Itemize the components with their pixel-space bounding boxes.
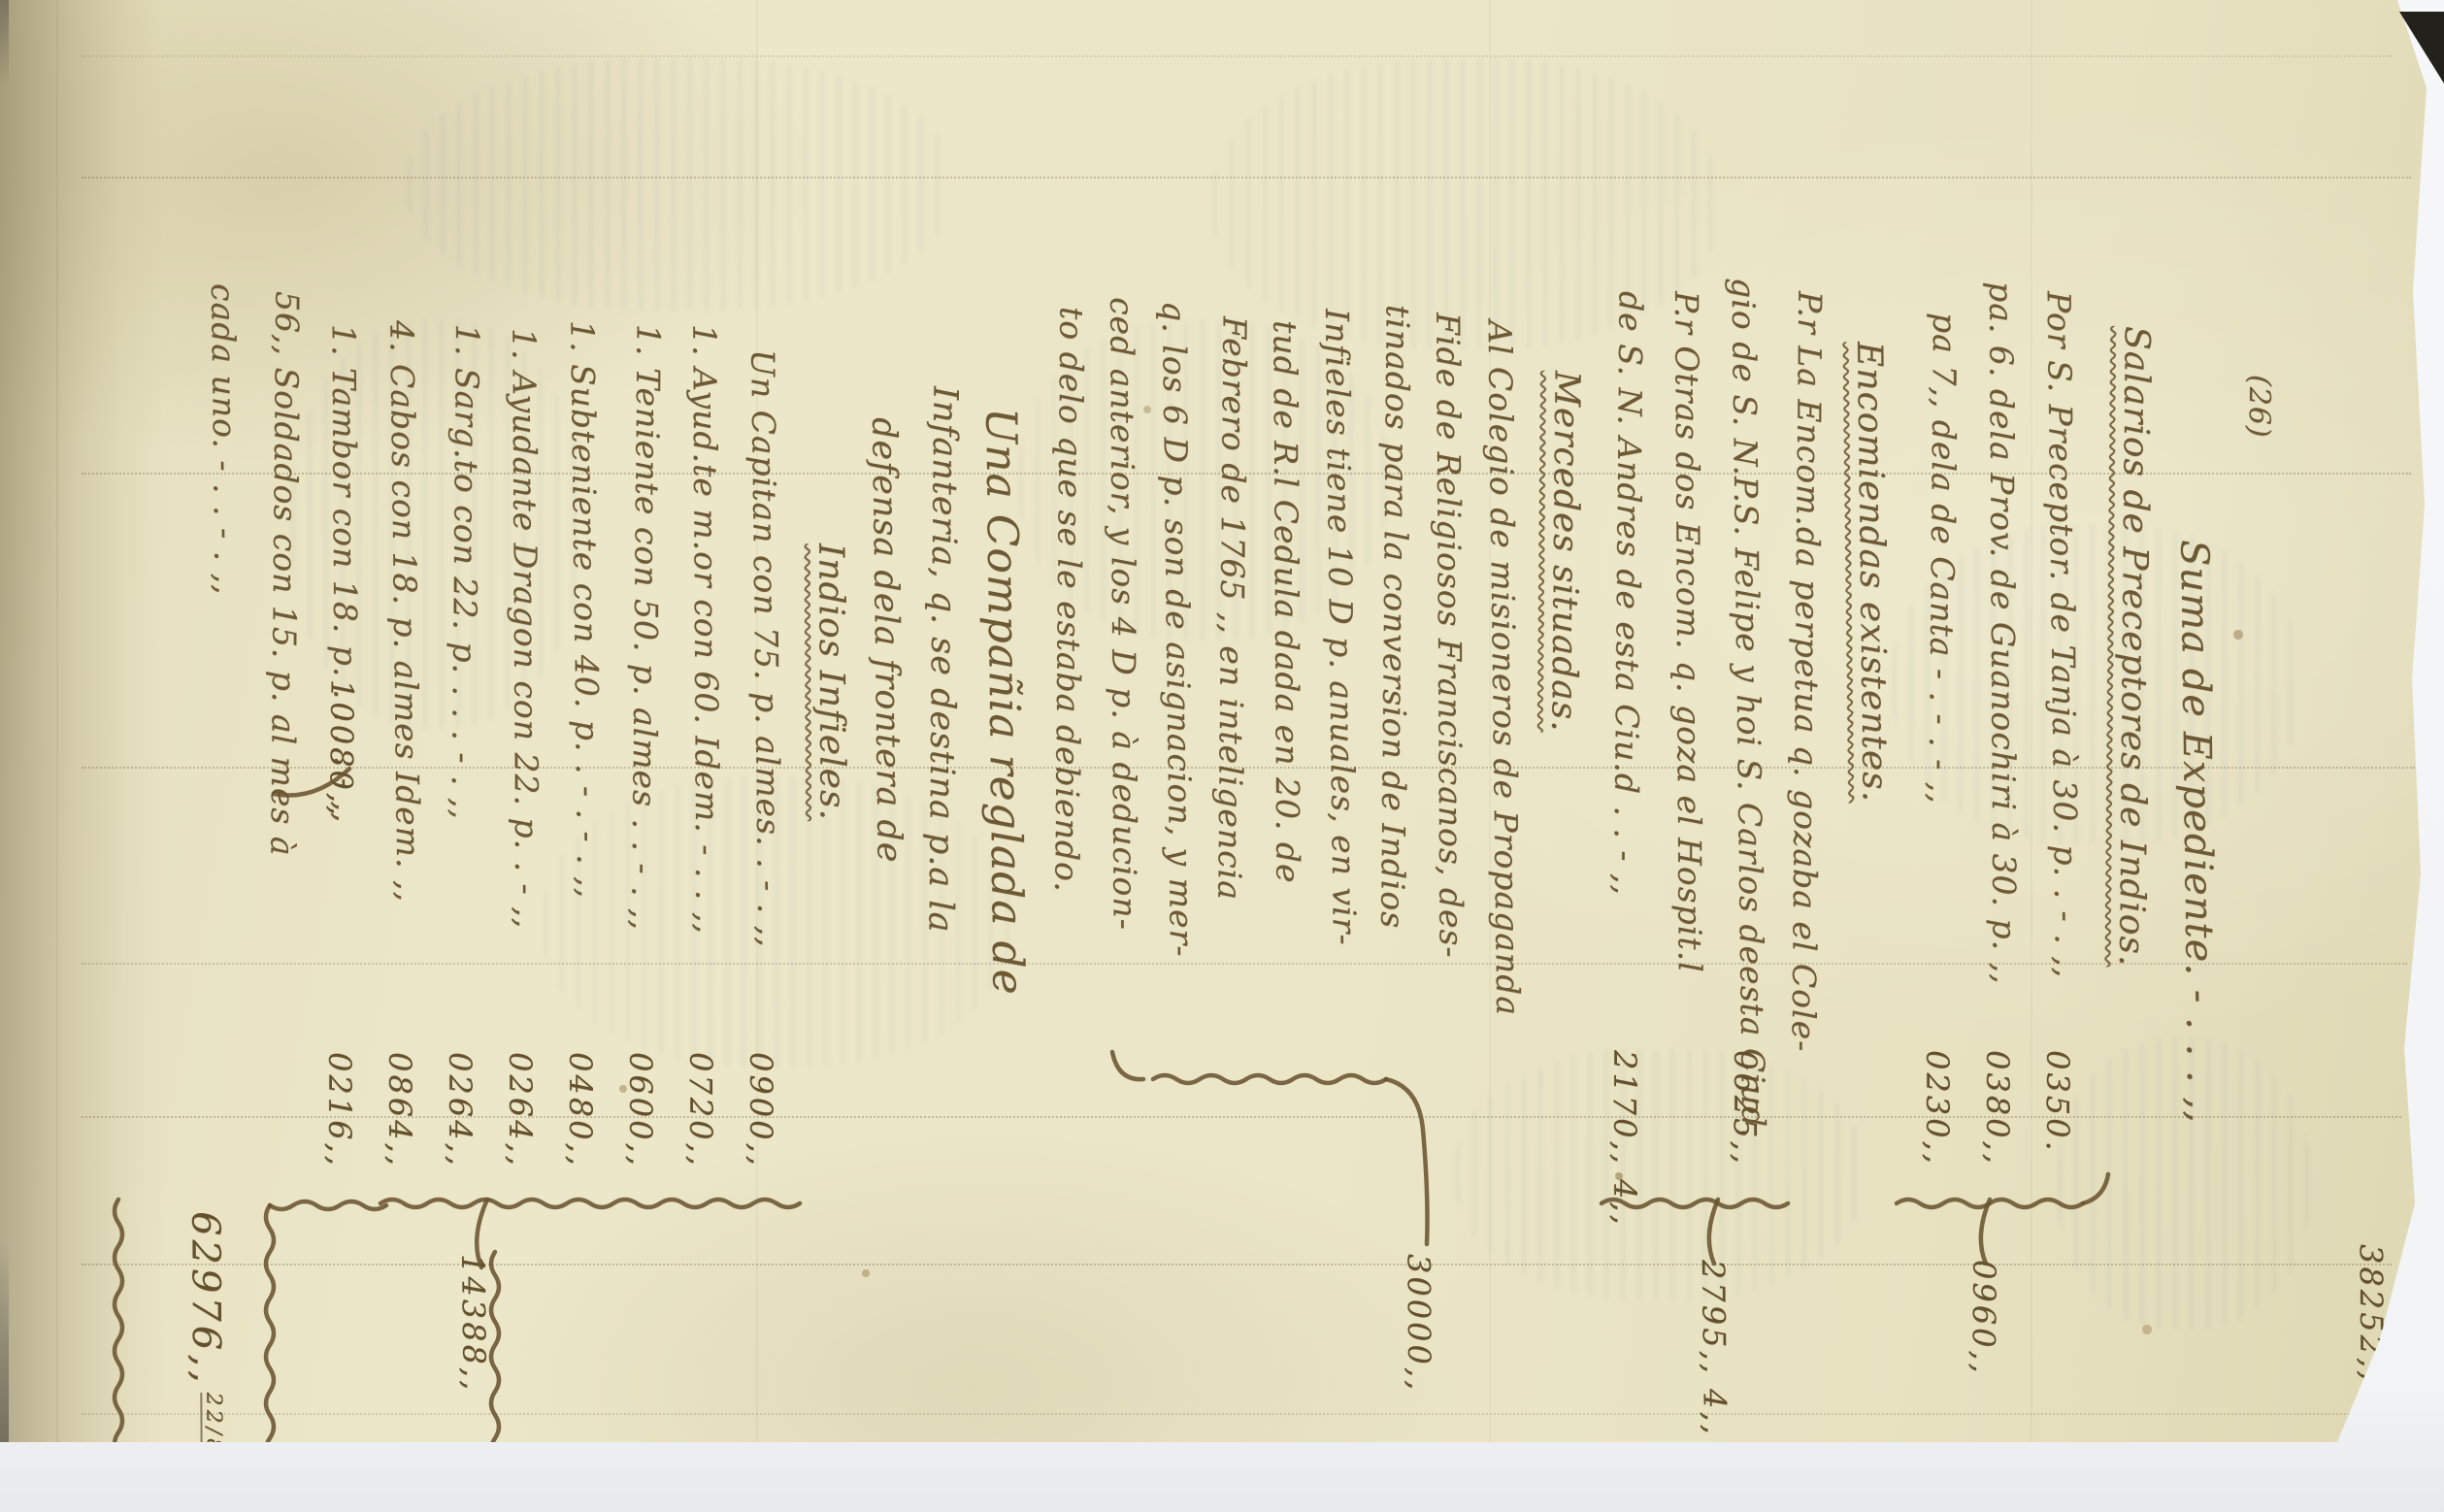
row-amount: 0480,, xyxy=(565,1052,596,1168)
carried-forward-amount: 38252,,62/8 xyxy=(2356,1244,2389,1444)
roster-row: cada uno. - . . - . ,, xyxy=(207,283,243,596)
heading-compania-line: Una Compañia reglada de xyxy=(978,408,1028,996)
row-amount: 0264,, xyxy=(505,1052,536,1168)
roster-row: 1. Ayud.te m.or con 60. Idem. - . . ,, xyxy=(688,324,723,935)
roster-row: 1. Sarg.to con 22. p. . . . - . ,, xyxy=(447,324,483,820)
row-amount: 2170,, 4,, xyxy=(1609,1050,1640,1228)
roster-row: 1. Subteniente con 40. p. . - . - . ,, xyxy=(566,320,605,899)
page-number: (26) xyxy=(2244,375,2274,439)
grand-total-fraction: 22/8 xyxy=(201,1393,224,1457)
heading-encomiendas-existentes: Encomiendas existentes. xyxy=(1851,342,1892,804)
roster-row: 1. Teniente con 50. p. almes . . - . ,, xyxy=(627,324,664,931)
row-amount: 0230,, xyxy=(1922,1050,1953,1167)
row-amount: 10080,, xyxy=(325,679,357,818)
ledger-row: de S. N. Andres de esta Ciu.d . . - ,, xyxy=(1609,291,1646,896)
row-amount: 0600,, xyxy=(625,1052,656,1168)
ledger-row: Por S. Preceptor. de Tanja à 30. p. . - … xyxy=(2043,291,2084,978)
row-amount: 0264,, xyxy=(445,1052,476,1168)
paragraph-line: to delo que se le estaba debiendo. xyxy=(1050,307,1087,893)
paper-sheet: (26) Suma de Expediente. - . . . ,, 3825… xyxy=(0,0,2428,1442)
ledger-row: pa 7,, dela de Canta - . - . - ,, xyxy=(1925,312,1961,805)
ledger-row: gio de S. N.P.S. Felipe y hoi S. Carlos … xyxy=(1728,278,1770,1139)
row-amount: 0900,, xyxy=(745,1052,776,1168)
paragraph-line: q. los 6 D p. son de asignacion, y mer- xyxy=(1158,301,1198,958)
paragraph-line: Febrero de 1765 ,, en inteligencia xyxy=(1213,316,1250,901)
paragraph-line: Fide de Religiosos Franciscanos, des- xyxy=(1432,312,1467,959)
title-suma-de-expediente: Suma de Expediente. - . . . ,, xyxy=(2174,540,2220,1124)
grand-total: 62976,,22/8 xyxy=(185,1211,225,1456)
grand-total-pesos: 62976,, xyxy=(182,1211,228,1387)
section-subtotal: 0960,, xyxy=(1967,1260,1999,1376)
ledger-row: P.r La Encom.da perpetua q. gozaba el Co… xyxy=(1788,291,1827,1053)
row-amount: 0216,, xyxy=(324,1052,355,1168)
ledger-row: P.r Otras dos Encom. q. goza el Hospit.l xyxy=(1670,291,1706,973)
heading-compania-line: Infanteria, q. se destina p.a la xyxy=(923,386,962,934)
row-amount: 0350. xyxy=(2042,1050,2073,1154)
row-amount: 0864,, xyxy=(384,1052,415,1168)
roster-row: 56,, Soldados con 15. p. al mes à xyxy=(266,291,303,857)
row-amount: 0380,, xyxy=(1982,1050,2013,1167)
amount-fraction: 62/8 xyxy=(2366,1389,2388,1444)
heading-compania-line: Indios Infieles. xyxy=(812,543,848,821)
section-subtotal: 14388,, xyxy=(457,1254,490,1394)
heading-mercedes: Mercedes situadas. xyxy=(1545,371,1583,733)
row-amount: 0625,, xyxy=(1730,1050,1761,1167)
paragraph-line: Al Colegio de misioneros de Propaganda xyxy=(1484,320,1525,1016)
manuscript-text-layer: (26) Suma de Expediente. - . . . ,, 3825… xyxy=(0,0,2444,1512)
paragraph-line: ced anterior, y los 4 D p. à deducion- xyxy=(1106,297,1140,931)
row-amount: 0720,, xyxy=(685,1052,716,1168)
heading-compania-line: defensa dela frontera de xyxy=(866,417,906,864)
paragraph-line: tud de R.l Cedula dada en 20. de xyxy=(1269,320,1304,884)
roster-row: Un Capitan con 75. p. almes. . - . ,, xyxy=(746,349,786,948)
section-subtotal: 2795,, 4,, xyxy=(1698,1260,1731,1437)
paragraph-line: Infieles tiene 10 D p. anuales, en vir- xyxy=(1321,309,1361,946)
section-amount: 30000,, xyxy=(1404,1254,1436,1393)
ledger-row: pa. 6. dela Prov. de Guanochiri à 30. p.… xyxy=(1985,281,2021,985)
paragraph-line: tinados para la conversion de Indios xyxy=(1376,305,1414,929)
page-edge-shadow xyxy=(0,0,9,1442)
roster-row: 1. Ayudante Dragon con 22. p. . - ,, xyxy=(508,328,543,929)
amount-pesos: 38252,, xyxy=(2353,1244,2391,1383)
roster-row: 4. Cabos con 18. p. almes Idem. ,, xyxy=(385,320,424,903)
heading-salarios-preceptores: Salarios de Preceptores de Indios. xyxy=(2113,326,2154,968)
scanned-manuscript-page: (26) Suma de Expediente. - . . . ,, 3825… xyxy=(0,0,2444,1512)
